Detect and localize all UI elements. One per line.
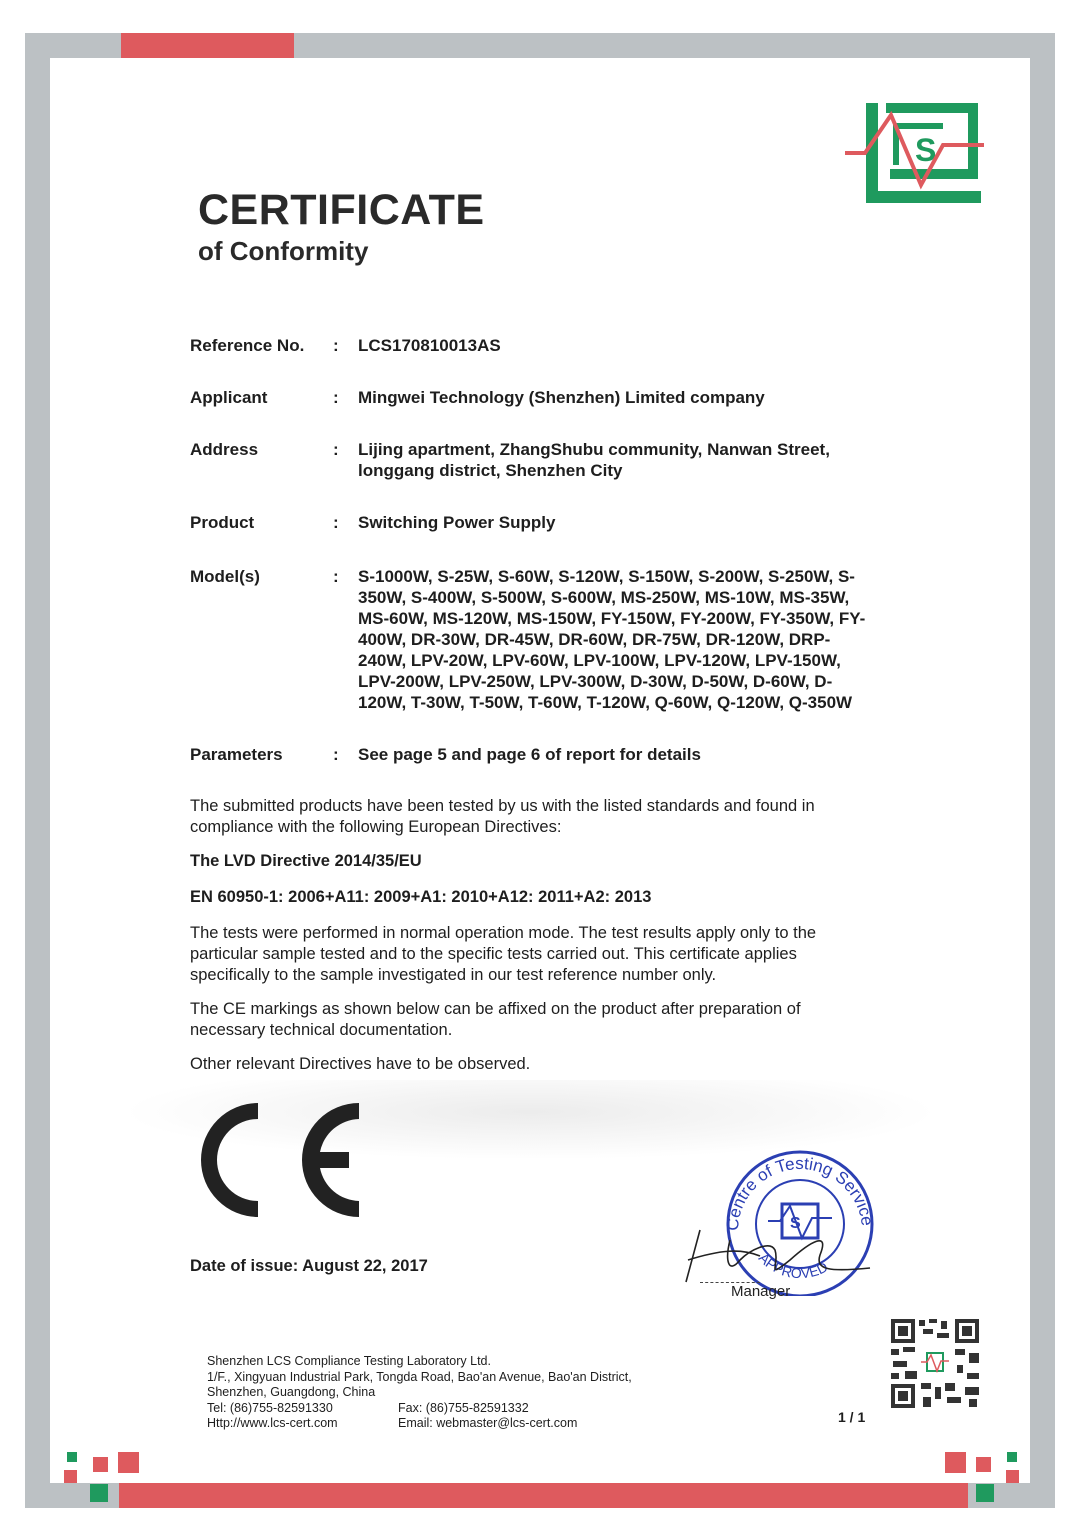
paragraph-line: particular sample tested and to the spec… xyxy=(190,944,880,965)
paragraph-line: The tests were performed in normal opera… xyxy=(190,923,880,944)
field-colon: : xyxy=(333,512,339,533)
ce-paragraph: The CE markings as shown below can be af… xyxy=(190,999,880,1041)
field-colon: : xyxy=(333,335,339,356)
paragraph-line: The CE markings as shown below can be af… xyxy=(190,999,880,1020)
field-label: Address xyxy=(190,439,258,460)
decor-square xyxy=(976,1457,991,1472)
model-line: MS-60W, MS-120W, MS-150W, FY-150W, FY-20… xyxy=(358,608,908,629)
decor-square xyxy=(945,1452,966,1473)
frame-bottom-accent xyxy=(119,1483,968,1508)
parameters-value: See page 5 and page 6 of report for deta… xyxy=(358,744,908,765)
field-label: Reference No. xyxy=(190,335,304,356)
address-line: longgang district, Shenzhen City xyxy=(358,460,908,481)
directive-name: The LVD Directive 2014/35/EU xyxy=(190,851,880,872)
decor-square xyxy=(67,1452,77,1462)
ce-mark-icon xyxy=(196,1099,364,1221)
frame-left-border xyxy=(25,33,50,1488)
address-line: Lijing apartment, ZhangShubu community, … xyxy=(358,439,908,460)
address-value: Lijing apartment, ZhangShubu community, … xyxy=(358,439,908,481)
field-label: Product xyxy=(190,512,254,533)
other-directives-note: Other relevant Directives have to be obs… xyxy=(190,1054,880,1075)
paragraph-line: The submitted products have been tested … xyxy=(190,796,880,817)
model-line: 350W, S-400W, S-500W, S-600W, MS-250W, M… xyxy=(358,587,908,608)
paragraph-line: compliance with the following European D… xyxy=(190,817,880,838)
decor-square xyxy=(118,1452,139,1473)
decor-square xyxy=(1006,1470,1019,1483)
field-colon: : xyxy=(333,387,339,408)
lab-website-link[interactable]: Http://www.lcs-cert.com xyxy=(207,1416,338,1430)
decor-square xyxy=(976,1484,994,1502)
standard-name: EN 60950-1: 2006+A11: 2009+A1: 2010+A12:… xyxy=(190,887,880,908)
field-colon: : xyxy=(333,566,339,587)
decor-square xyxy=(64,1470,77,1483)
lcs-logo-icon: S xyxy=(843,103,988,209)
decor-square xyxy=(93,1457,108,1472)
decor-square xyxy=(90,1484,108,1502)
frame-right-border xyxy=(1030,33,1055,1488)
model-line: S-1000W, S-25W, S-60W, S-120W, S-150W, S… xyxy=(358,566,908,587)
lab-contact-footer: Shenzhen LCS Compliance Testing Laborato… xyxy=(207,1354,632,1432)
lab-name: Shenzhen LCS Compliance Testing Laborato… xyxy=(207,1354,632,1370)
field-colon: : xyxy=(333,744,339,765)
page-number: 1 / 1 xyxy=(838,1409,865,1425)
certificate-subtitle: of Conformity xyxy=(198,236,368,267)
signatory-title: Manager xyxy=(731,1283,790,1300)
lab-fax: Fax: (86)755-82591332 xyxy=(398,1401,529,1417)
frame-top-accent xyxy=(121,33,294,58)
qr-code-icon xyxy=(889,1317,981,1410)
signature xyxy=(680,1220,880,1290)
model-line: LPV-200W, LPV-250W, LPV-300W, D-30W, D-5… xyxy=(358,671,908,692)
field-colon: : xyxy=(333,439,339,460)
lab-email-link[interactable]: Email: webmaster@lcs-cert.com xyxy=(398,1416,577,1432)
model-line: 240W, LPV-20W, LPV-60W, LPV-100W, LPV-12… xyxy=(358,650,908,671)
models-value: S-1000W, S-25W, S-60W, S-120W, S-150W, S… xyxy=(358,566,908,713)
product-value: Switching Power Supply xyxy=(358,512,908,533)
model-line: 120W, T-30W, T-50W, T-60W, T-120W, Q-60W… xyxy=(358,692,908,713)
paragraph-line: specifically to the sample investigated … xyxy=(190,965,880,986)
field-label: Model(s) xyxy=(190,566,260,587)
lab-tel: Tel: (86)755-82591330 xyxy=(207,1401,333,1415)
field-label: Parameters xyxy=(190,744,283,765)
field-label: Applicant xyxy=(190,387,267,408)
reference-number: LCS170810013AS xyxy=(358,335,908,356)
compliance-paragraph: The submitted products have been tested … xyxy=(190,796,880,838)
paragraph-line: necessary technical documentation. xyxy=(190,1020,880,1041)
applicant-name: Mingwei Technology (Shenzhen) Limited co… xyxy=(358,387,908,408)
lab-address-line: 1/F., Xingyuan Industrial Park, Tongda R… xyxy=(207,1370,632,1386)
date-of-issue: Date of issue: August 22, 2017 xyxy=(190,1257,428,1276)
lab-address-line: Shenzhen, Guangdong, China xyxy=(207,1385,632,1401)
tests-paragraph: The tests were performed in normal opera… xyxy=(190,923,880,986)
decor-square xyxy=(1007,1452,1017,1462)
model-line: 400W, DR-30W, DR-45W, DR-60W, DR-75W, DR… xyxy=(358,629,908,650)
certificate-title: CERTIFICATE xyxy=(198,186,485,235)
